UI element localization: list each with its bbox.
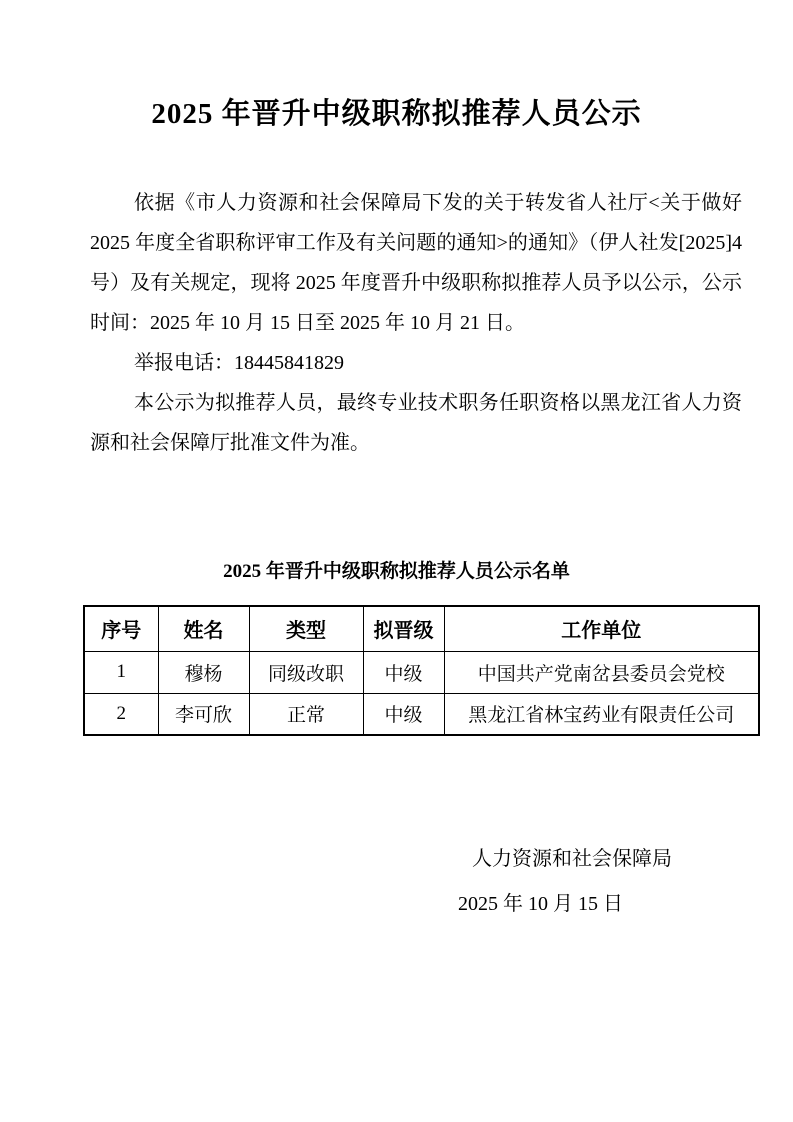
paragraph-basis: 依据《市人力资源和社会保障局下发的关于转发省人社厅<关于做好 2025 年度全省… [90,183,742,343]
table-header-row: 序号 姓名 类型 拟晋级 工作单位 [84,606,759,651]
paragraph-disclaimer: 本公示为拟推荐人员，最终专业技术职务任职资格以黑龙江省人力资源和社会保障厅批准文… [90,383,742,463]
cell-work-unit: 黑龙江省林宝药业有限责任公司 [444,693,759,735]
recommendation-table: 序号 姓名 类型 拟晋级 工作单位 1 穆杨 同级改职 中级 中国共产党南岔县委… [83,605,760,736]
page-title: 2025 年晋升中级职称拟推荐人员公示 [0,92,793,136]
col-header-proposed-level: 拟晋级 [363,606,444,651]
cell-proposed-level: 中级 [363,651,444,693]
table-row: 2 李可欣 正常 中级 黑龙江省林宝药业有限责任公司 [84,693,759,735]
signature-date: 2025 年 10 月 15 日 [458,889,623,919]
signature-organization: 人力资源和社会保障局 [472,844,672,874]
cell-type: 同级改职 [249,651,363,693]
cell-name: 穆杨 [158,651,249,693]
cell-index: 2 [84,693,158,735]
cell-index: 1 [84,651,158,693]
document-page: 2025 年晋升中级职称拟推荐人员公示 依据《市人力资源和社会保障局下发的关于转… [0,0,793,1122]
col-header-index: 序号 [84,606,158,651]
table-row: 1 穆杨 同级改职 中级 中国共产党南岔县委员会党校 [84,651,759,693]
paragraph-report-phone: 举报电话：18445841829 [90,343,742,383]
col-header-work-unit: 工作单位 [444,606,759,651]
cell-type: 正常 [249,693,363,735]
cell-name: 李可欣 [158,693,249,735]
table-caption: 2025 年晋升中级职称拟推荐人员公示名单 [0,557,793,587]
col-header-type: 类型 [249,606,363,651]
col-header-name: 姓名 [158,606,249,651]
cell-work-unit: 中国共产党南岔县委员会党校 [444,651,759,693]
body-text: 依据《市人力资源和社会保障局下发的关于转发省人社厅<关于做好 2025 年度全省… [90,183,742,463]
cell-proposed-level: 中级 [363,693,444,735]
